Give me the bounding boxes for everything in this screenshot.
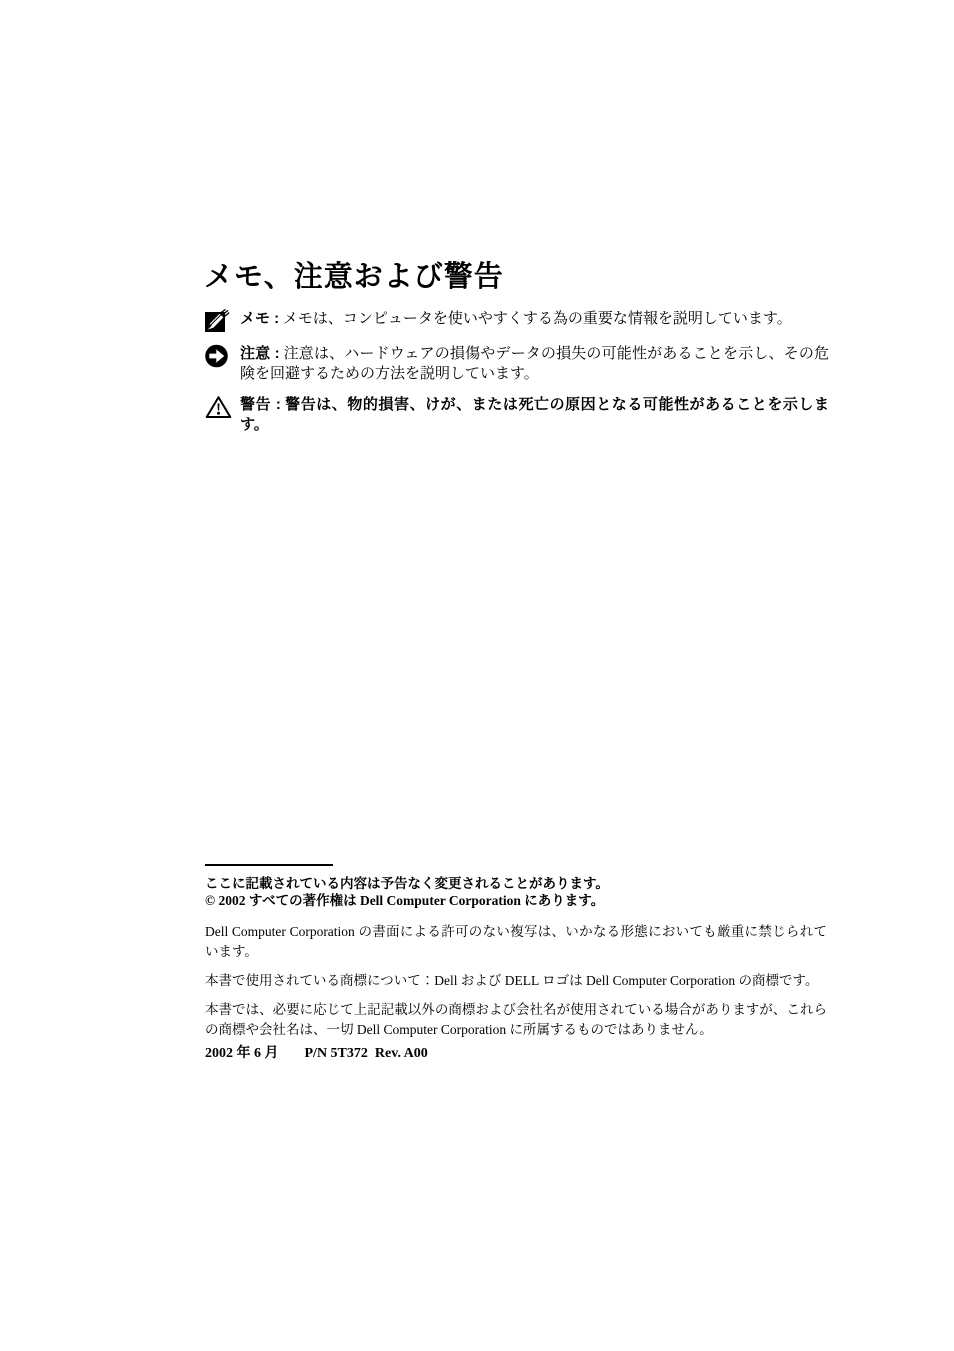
note-row-notice: 注意 : 注意は、ハードウェアの損傷やデータの損失の可能性があることを示し、その… — [205, 344, 829, 384]
change-notice-line: ここに記載されている内容は予告なく変更されることがあります。 — [205, 875, 827, 892]
publication-date: 2002 年 6 月 — [205, 1046, 279, 1061]
exclamation-triangle-warning-icon — [205, 395, 230, 419]
note-memo-text: メモ : メモは、コンピュータを使いやすくする為の重要な情報を説明しています。 — [240, 309, 792, 330]
note-warning-label: 警告 : — [240, 396, 281, 413]
note-row-warning: 警告 : 警告は、物的損害、けが、または死亡の原因となる可能性があることを示しま… — [205, 395, 829, 435]
pencil-note-icon — [205, 309, 230, 333]
footnote-rule — [205, 864, 333, 866]
document-page: メモ、注意および警告 メモ : メモは、コンピュータを使いやすくする為の重要な情… — [0, 0, 954, 1351]
note-memo-label: メモ : — [240, 310, 279, 327]
part-number: P/N 5T372 Rev. A00 — [305, 1046, 428, 1061]
dateline: 2002 年 6 月P/N 5T372 Rev. A00 — [205, 1042, 428, 1062]
other-trademarks-paragraph: 本書では、必要に応じて上記記載以外の商標および会社名が使用されている場合がありま… — [205, 1000, 827, 1040]
reproduction-paragraph: Dell Computer Corporation の書面による許可のない複写は… — [205, 922, 827, 962]
copyright-line: © 2002 すべての著作権は Dell Computer Corporatio… — [205, 892, 827, 909]
trademark-paragraph: 本書で使用されている商標について：Dell および DELL ロゴは Dell … — [205, 971, 827, 991]
arrow-right-circle-notice-icon — [205, 344, 230, 368]
page-title: メモ、注意および警告 — [204, 254, 504, 295]
colophon-section: ここに記載されている内容は予告なく変更されることがあります。 © 2002 すべ… — [205, 864, 827, 1040]
note-notice-label: 注意 : — [240, 345, 280, 362]
note-row-memo: メモ : メモは、コンピュータを使いやすくする為の重要な情報を説明しています。 — [205, 309, 829, 333]
notes-section: メモ : メモは、コンピュータを使いやすくする為の重要な情報を説明しています。 … — [205, 309, 829, 446]
note-warning-text: 警告 : 警告は、物的損害、けが、または死亡の原因となる可能性があることを示しま… — [240, 395, 829, 435]
note-notice-text: 注意 : 注意は、ハードウェアの損傷やデータの損失の可能性があることを示し、その… — [240, 344, 829, 384]
